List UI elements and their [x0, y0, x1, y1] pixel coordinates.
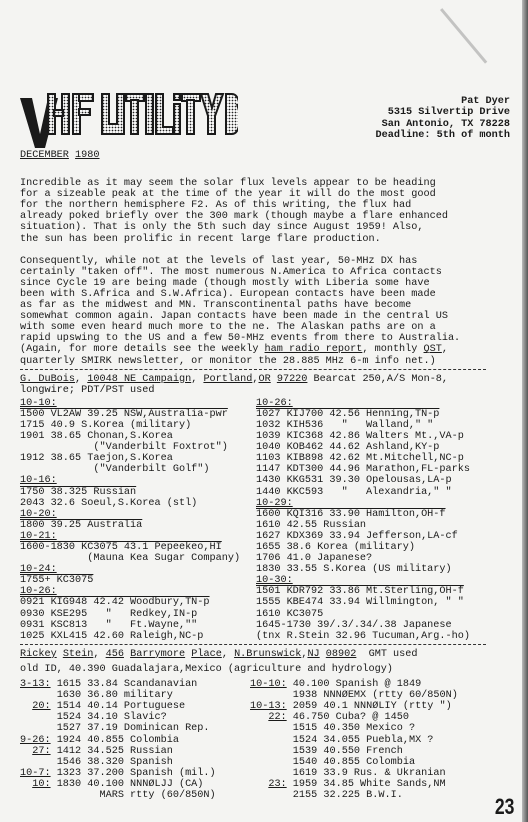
- log-text: 1924 40.855 Colombia: [57, 735, 179, 746]
- log-entry: 1630 36.80 military: [20, 690, 250, 701]
- reporter-zip: 97220: [277, 374, 308, 385]
- log-column-right: 10-26:1027 KIJ700 42.56 Henning,TN-p1032…: [256, 398, 516, 642]
- log-text: 40.100 Spanish @ 1849: [293, 679, 421, 690]
- log-entry: 1830 33.55 S.Korea (US military): [256, 564, 516, 575]
- log-entry: 0921 KIG948 42.42 Woodbury,TN-p: [20, 597, 256, 608]
- log-entry: 1025 KXL415 42.60 Raleigh,NC-p: [20, 631, 256, 642]
- log-text: 1630 36.80 military: [57, 690, 173, 701]
- log-date: 10:: [20, 779, 51, 790]
- log-entry: ("Vanderbilt Golf"): [20, 464, 256, 475]
- page-edge: [522, 0, 528, 822]
- reporter-street: Barrymore: [130, 649, 185, 660]
- reporter-state: OR: [258, 374, 270, 385]
- reporter-equipment-2: longwire; PDT/PST used: [20, 385, 520, 396]
- log-entry: 2155 32.225 B.W.I.: [250, 790, 520, 801]
- log-date: 10-10:: [20, 398, 256, 409]
- log-date: 10-10:: [250, 679, 287, 690]
- log-entry: 1546 38.320 Spanish: [20, 757, 250, 768]
- log-text: 1524 34.10 Slavic?: [57, 712, 167, 723]
- log-text: 1515 40.350 Mexico ?: [293, 723, 415, 734]
- reporter-equipment: Bearcat 250,A/S Mon-8,: [307, 374, 448, 385]
- log-text: 46.750 Cuba? @ 1450: [293, 712, 409, 723]
- log-entry: 1901 38.65 Chonan,S.Korea: [20, 431, 256, 442]
- log-entry: 1500 VL2AW 39.25 NSW,Australia-pwr: [20, 409, 256, 420]
- log-entry: 1430 KKG531 39.30 Opelousas,LA-p: [256, 475, 516, 486]
- log-entry: 1147 KDT300 44.96 Marathon,FL-parks: [256, 464, 516, 475]
- log-entry: 1938 NNNØEMX (rtty 60/850N): [250, 690, 520, 701]
- log-entry: 1103 KIB898 42.62 Mt.Mitchell,NC-p: [256, 453, 516, 464]
- log-date: 20:: [20, 701, 51, 712]
- log-entry: 22: 46.750 Cuba? @ 1450: [250, 712, 520, 723]
- log-entry: 0931 KSC813 " Ft.Wayne,"": [20, 620, 256, 631]
- log-entry: 1600 KQI316 33.90 Hamilton,OH-f: [256, 509, 516, 520]
- log-date: 23:: [250, 779, 287, 790]
- log-entry: 2043 32.6 Soeul,S.Korea (stl): [20, 498, 256, 509]
- page-number: 23: [494, 794, 514, 820]
- section-divider-2: [20, 644, 486, 645]
- log-text: 1540 40.855 Colombia: [293, 757, 415, 768]
- log-text: 1619 33.9 Rus. & Ukranian: [293, 768, 446, 779]
- log-entry: 1527 37.19 Dominican Rep.: [20, 723, 250, 734]
- log-entry: 1619 33.9 Rus. & Ukranian: [250, 768, 520, 779]
- issue-year: 1980: [75, 150, 99, 161]
- log-text: 1412 34.525 Russian: [57, 746, 173, 757]
- log-text: 2155 32.225 B.W.I.: [293, 790, 403, 801]
- para3-text-b: , monthly: [362, 344, 423, 355]
- log-text: 1546 38.320 Spanish: [57, 757, 173, 768]
- ham-radio-report-title: ham radio report: [265, 344, 363, 355]
- log-entry: 1555 KBE474 33.94 Willmington, " ": [256, 597, 516, 608]
- log-date: 10-26:: [20, 586, 256, 597]
- log-entry: 1027 KIJ700 42.56 Henning,TN-p: [256, 409, 516, 420]
- intro-paragraph-2: Consequently, while not at the levels of…: [20, 256, 520, 345]
- para3-text-a: (Again, for more details see the weekly: [20, 344, 265, 355]
- log-entry: 27: 1412 34.525 Russian: [20, 746, 250, 757]
- log-text: 1514 40.14 Portuguese: [57, 701, 185, 712]
- section-divider: [20, 369, 486, 370]
- log-entry: 1706 41.0 Japanese?: [256, 553, 516, 564]
- log-entry: ("Vanderbilt Foxtrot"): [20, 442, 256, 453]
- log-entry: 1627 KDX369 33.94 Jefferson,LA-cf: [256, 531, 516, 542]
- report-dubois: G. DuBois, 10048 NE Campaign, Portland,O…: [20, 374, 520, 642]
- time-note: GMT used: [356, 649, 417, 660]
- log-entry: 1755+ KC3075: [20, 575, 256, 586]
- reporter-state: NJ: [307, 649, 319, 660]
- deadline: Deadline: 5th of month: [376, 130, 511, 141]
- reporter-last-name: Stein: [63, 649, 94, 660]
- reporter-city: N.Brunswick: [234, 649, 301, 660]
- log-entry: (tnx R.Stein 32.96 Tucuman,Arg.-ho): [256, 631, 516, 642]
- log-text: 1323 37.200 Spanish (mil.): [57, 768, 216, 779]
- log-entry: 9-26: 1924 40.855 Colombia: [20, 735, 250, 746]
- log-date: 10-29:: [256, 498, 516, 509]
- log-date: 3-13:: [20, 679, 51, 690]
- log-entry: 10-7: 1323 37.200 Spanish (mil.): [20, 768, 250, 779]
- log-entry: 0930 KSE295 " Redkey,IN-p: [20, 609, 256, 620]
- reporter-first-name: Rickey: [20, 649, 57, 660]
- log-entry: 10: 1830 40.100 NNNØLJJ (CA): [20, 779, 250, 790]
- log-text: 1615 33.84 Scandanavian: [57, 679, 198, 690]
- issue-date: DECEMBER 1980: [20, 150, 520, 161]
- reporter-note: old ID, 40.390 Guadalajara,Mexico (agric…: [20, 664, 520, 675]
- log-date: 10-20:: [20, 509, 256, 520]
- log-entry: MARS rtty (60/850N): [20, 790, 250, 801]
- reporter-street-type: Place: [191, 649, 222, 660]
- log-date: 10-7:: [20, 768, 51, 779]
- log-entry: 10-10: 40.100 Spanish @ 1849: [250, 679, 520, 690]
- log-entry: 1750 38.325 Russian: [20, 487, 256, 498]
- log-text: MARS rtty (60/850N): [57, 790, 216, 801]
- intro-paragraph-1: Incredible as it may seem the solar flux…: [20, 178, 520, 245]
- intro-paragraph-3: (Again, for more details see the weekly …: [20, 344, 520, 366]
- log-text: 1959 34.85 White Sands,NM: [293, 779, 446, 790]
- log-entry: 1440 KKC593 " Alexandria," ": [256, 487, 516, 498]
- editor-address-block: Pat Dyer 5315 Silvertip Drive San Antoni…: [376, 96, 511, 141]
- editor-name: Pat Dyer: [376, 96, 511, 107]
- log-entry: 1524 34.055 Puebla,MX ?: [250, 735, 520, 746]
- log-date: 10-24:: [20, 564, 256, 575]
- column-body: DECEMBER 1980 Incredible as it may seem …: [20, 150, 520, 801]
- logo-graphic: [18, 90, 238, 152]
- reporter-header: Rickey Stein, 456 Barrymore Place, N.Bru…: [20, 649, 520, 660]
- log-entry: 20: 1514 40.14 Portuguese: [20, 701, 250, 712]
- log-text: 1539 40.550 French: [293, 746, 403, 757]
- log-entry: 1610 KC3075: [256, 609, 516, 620]
- reporter-street: 10048 NE Campaign: [87, 374, 191, 385]
- log-entry: 1524 34.10 Slavic?: [20, 712, 250, 723]
- log-text: 1830 40.100 NNNØLJJ (CA): [57, 779, 204, 790]
- reporter-house-number: 456: [106, 649, 124, 660]
- reporter-city: Portland: [203, 374, 252, 385]
- log-entry: 1645-1730 39/.3/.34/.38 Japanese: [256, 620, 516, 631]
- log-date: 10-16:: [20, 475, 256, 486]
- log-date: 10-26:: [256, 398, 516, 409]
- reporter-header: G. DuBois, 10048 NE Campaign, Portland,O…: [20, 374, 520, 385]
- log-column-right: 10-10: 40.100 Spanish @ 1849 1938 NNNØEM…: [250, 679, 520, 801]
- log-column-left: 10-10:1500 VL2AW 39.25 NSW,Australia-pwr…: [20, 398, 256, 642]
- log-text: 1524 34.055 Puebla,MX ?: [293, 735, 434, 746]
- reporter-zip: 08902: [326, 649, 357, 660]
- log-entry: 1600-1830 KC3075 43.1 Pepeekeo,HI: [20, 542, 256, 553]
- log-text: 1527 37.19 Dominican Rep.: [57, 723, 210, 734]
- log-date: 10-13:: [250, 701, 287, 712]
- log-entry: 1515 40.350 Mexico ?: [250, 723, 520, 734]
- log-entry: 1039 KIC368 42.86 Walters Mt.,VA-p: [256, 431, 516, 442]
- log-text: 1938 NNNØEMX (rtty 60/850N): [293, 690, 458, 701]
- log-date: 27:: [20, 746, 51, 757]
- log-column-left: 3-13: 1615 33.84 Scandanavian 1630 36.80…: [20, 679, 250, 801]
- log-date: 10-21:: [20, 531, 256, 542]
- log-entry: 1539 40.550 French: [250, 746, 520, 757]
- editor-street: 5315 Silvertip Drive: [376, 107, 511, 118]
- log-date: 9-26:: [20, 735, 51, 746]
- editor-city: San Antonio, TX 78228: [376, 119, 511, 130]
- log-entry: 1501 KDR792 33.86 Mt.Sterling,OH-f: [256, 586, 516, 597]
- log-entry: 1912 38.65 Taejon,S.Korea: [20, 453, 256, 464]
- issue-month: DECEMBER: [20, 150, 69, 161]
- log-entry: 10-13: 2059 40.1 NNNØLIY (rtty "): [250, 701, 520, 712]
- logo-vhf-utility-dx: [18, 90, 238, 152]
- log-date: 10-30:: [256, 575, 516, 586]
- log-entry: 3-13: 1615 33.84 Scandanavian: [20, 679, 250, 690]
- log-entry: 1610 42.55 Russian: [256, 520, 516, 531]
- qst-title: QST: [424, 344, 442, 355]
- log-entry: 1040 KOB462 44.62 Ashland,KY-p: [256, 442, 516, 453]
- log-entry: 1800 39.25 Australia: [20, 520, 256, 531]
- log-entry: 1540 40.855 Colombia: [250, 757, 520, 768]
- log-entry: 23: 1959 34.85 White Sands,NM: [250, 779, 520, 790]
- reporter-name: G. DuBois: [20, 374, 75, 385]
- log-entry: 1655 38.6 Korea (military): [256, 542, 516, 553]
- log-entry: (Mauna Kea Sugar Company): [20, 553, 256, 564]
- log-entry: 1032 KIH536 " Walland," ": [256, 420, 516, 431]
- log-date: 22:: [250, 712, 287, 723]
- log-entry: 1715 40.9 S.Korea (military): [20, 420, 256, 431]
- report-stein: Rickey Stein, 456 Barrymore Place, N.Bru…: [20, 649, 520, 801]
- scan-smudge: [440, 8, 487, 64]
- log-text: 2059 40.1 NNNØLIY (rtty "): [293, 701, 452, 712]
